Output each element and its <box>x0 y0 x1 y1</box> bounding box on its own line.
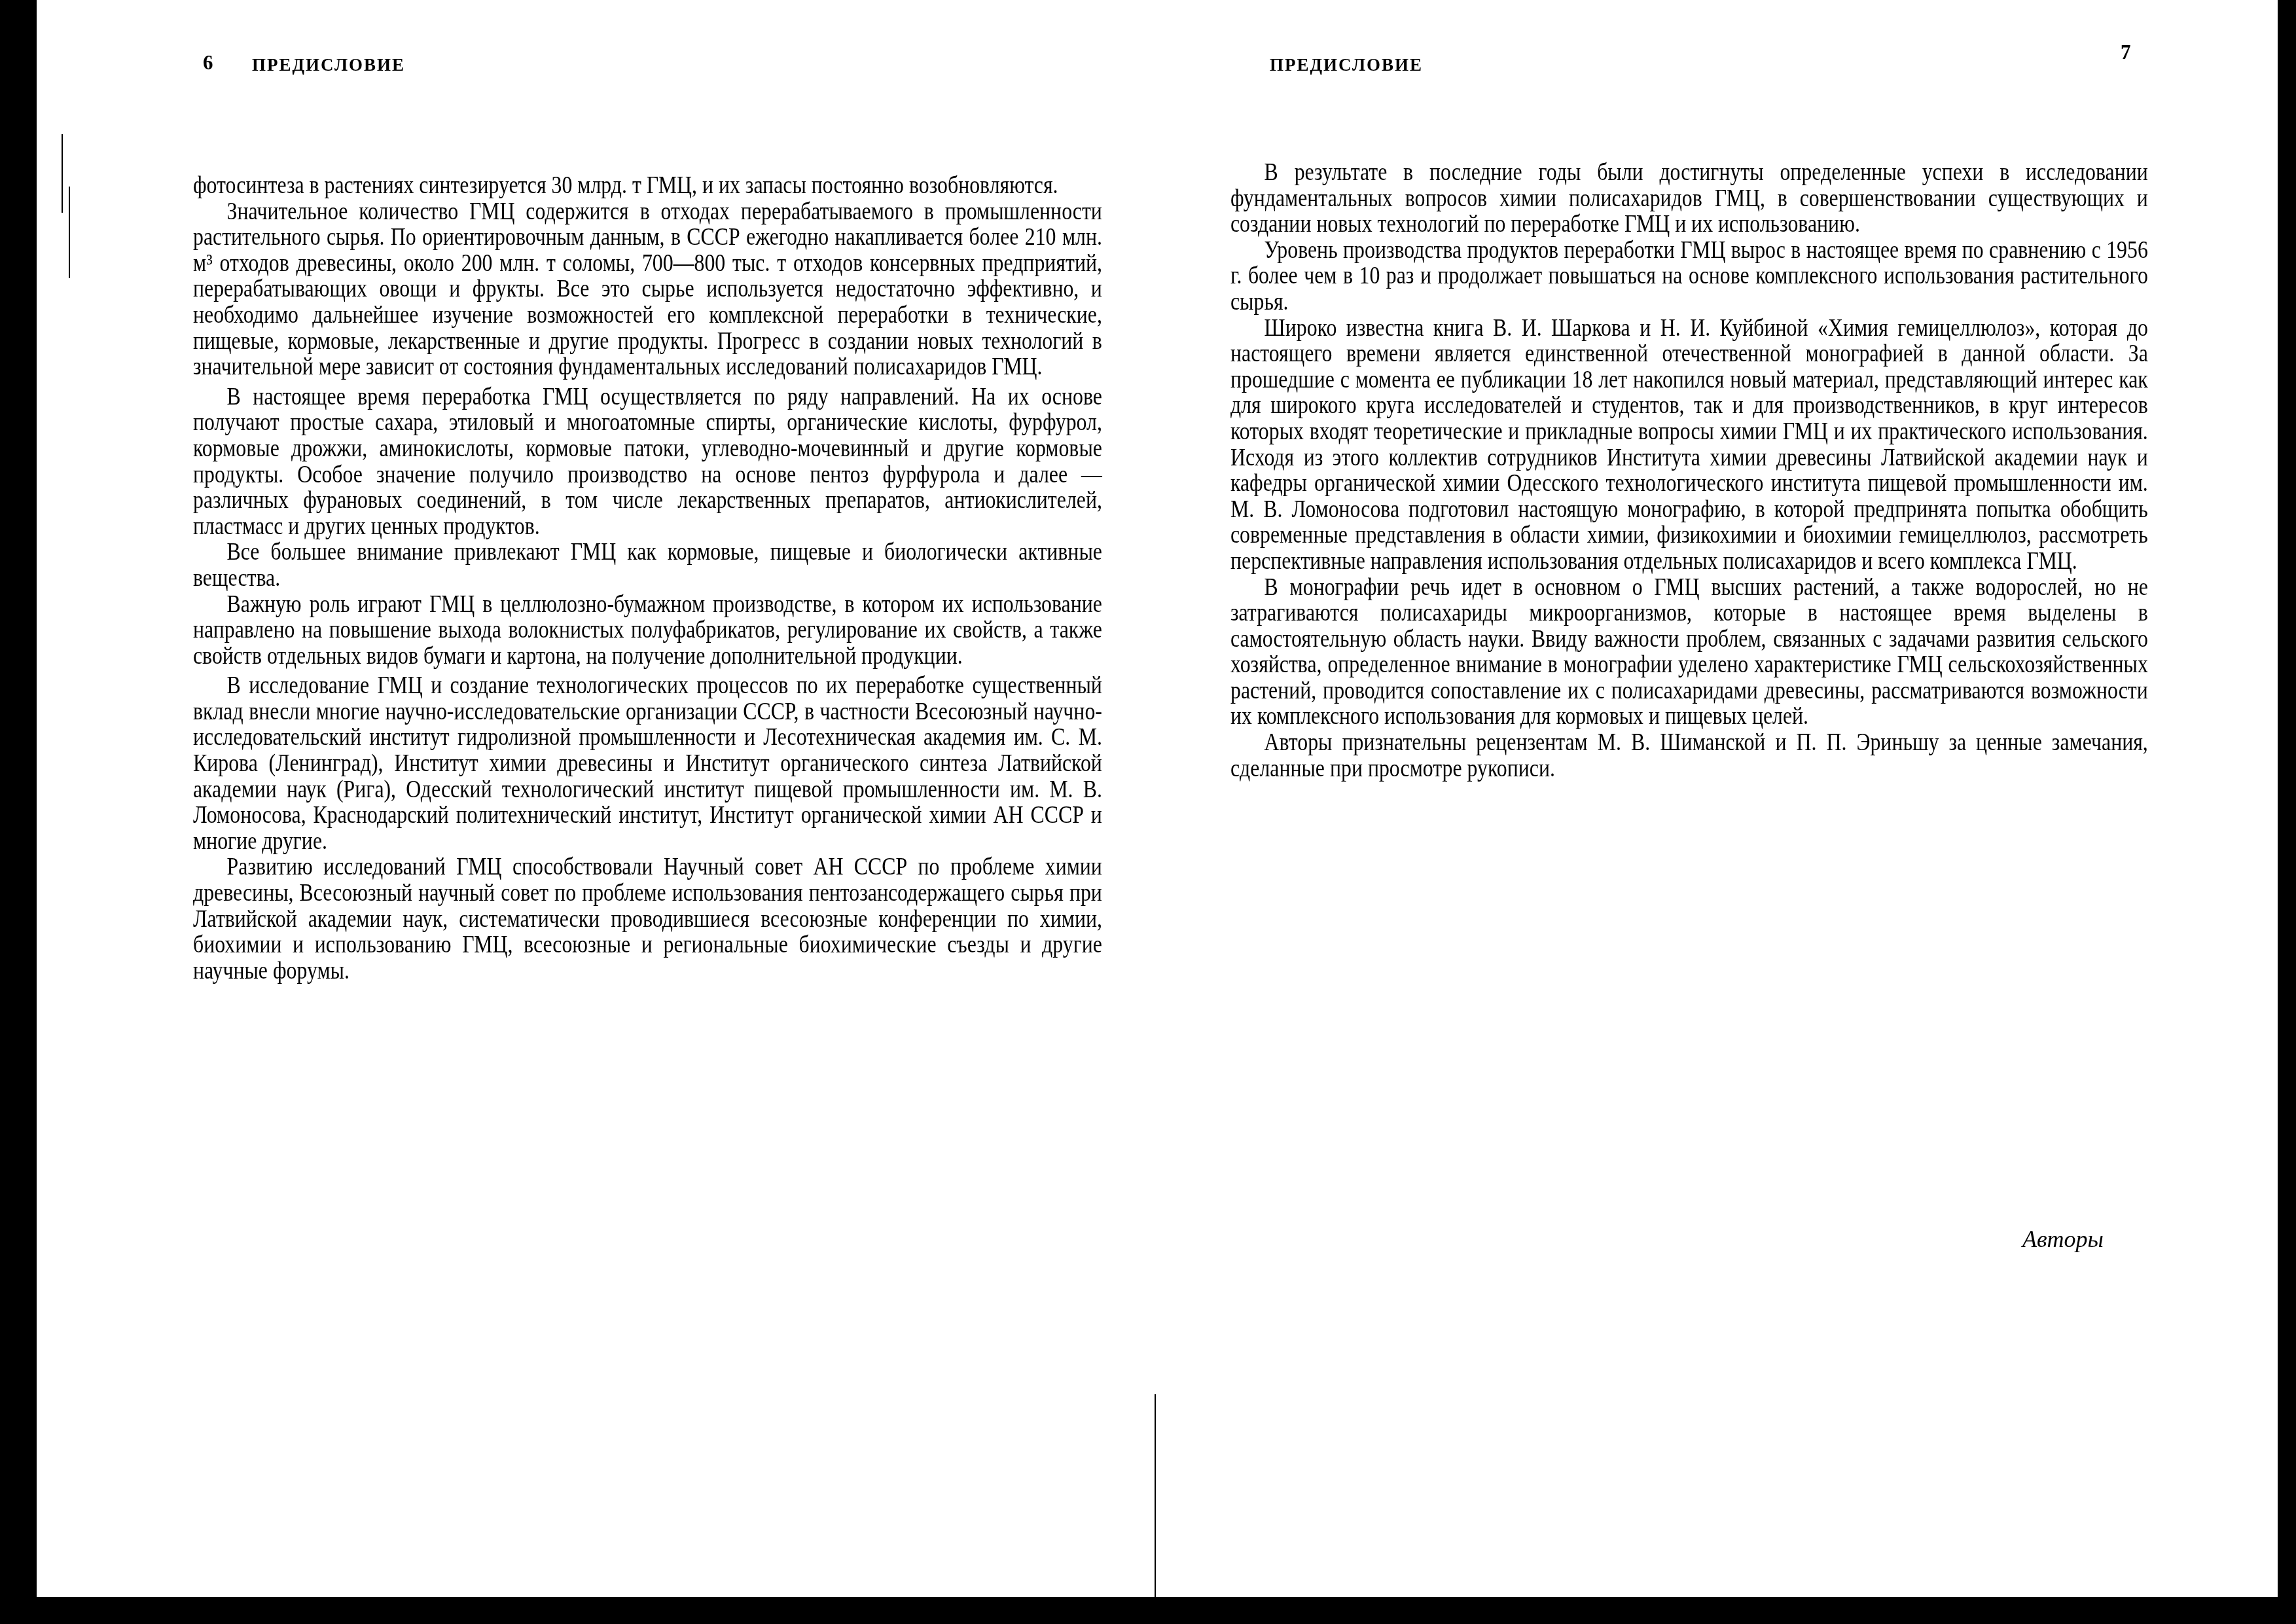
paragraph: Широко известна книга В. И. Шаркова и Н.… <box>1230 316 2148 575</box>
page-number: 6 <box>203 51 213 75</box>
scan-border-left <box>0 0 37 1624</box>
paragraph: фотосинтеза в растениях синтезируется 30… <box>193 173 1102 199</box>
scan-border-bottom <box>0 1597 2296 1624</box>
paragraph: Значительное количество ГМЦ содержится в… <box>193 199 1102 380</box>
scan-border-right <box>2278 0 2296 1624</box>
scan-artifact-mark <box>62 134 63 213</box>
paragraph: Развитию исследований ГМЦ способствовали… <box>193 854 1102 984</box>
page-body: фотосинтеза в растениях синтезируется 30… <box>193 173 1102 984</box>
paragraph: Уровень производства продуктов переработ… <box>1230 238 2148 316</box>
scan-artifact-mark <box>69 187 70 278</box>
signature: Авторы <box>2022 1225 2104 1253</box>
running-head: ПРЕДИСЛОВИЕ <box>252 55 405 75</box>
paragraph: Все большее внимание привлекают ГМЦ как … <box>193 539 1102 591</box>
paragraph: Авторы признательны рецензентам М. В. Ши… <box>1230 730 2148 782</box>
running-head: ПРЕДИСЛОВИЕ <box>1270 55 1423 75</box>
paragraph: В результате в последние годы были дости… <box>1230 160 2148 238</box>
paragraph: В монографии речь идет в основном о ГМЦ … <box>1230 575 2148 731</box>
paragraph: Важную роль играют ГМЦ в целлюлозно-бума… <box>193 592 1102 670</box>
paragraph: В исследование ГМЦ и создание технологич… <box>193 673 1102 854</box>
book-gutter-line <box>1155 1394 1156 1604</box>
paragraph: В настоящее время переработка ГМЦ осущес… <box>193 384 1102 540</box>
page-body: В результате в последние годы были дости… <box>1230 160 2148 782</box>
page-number: 7 <box>2121 41 2131 64</box>
